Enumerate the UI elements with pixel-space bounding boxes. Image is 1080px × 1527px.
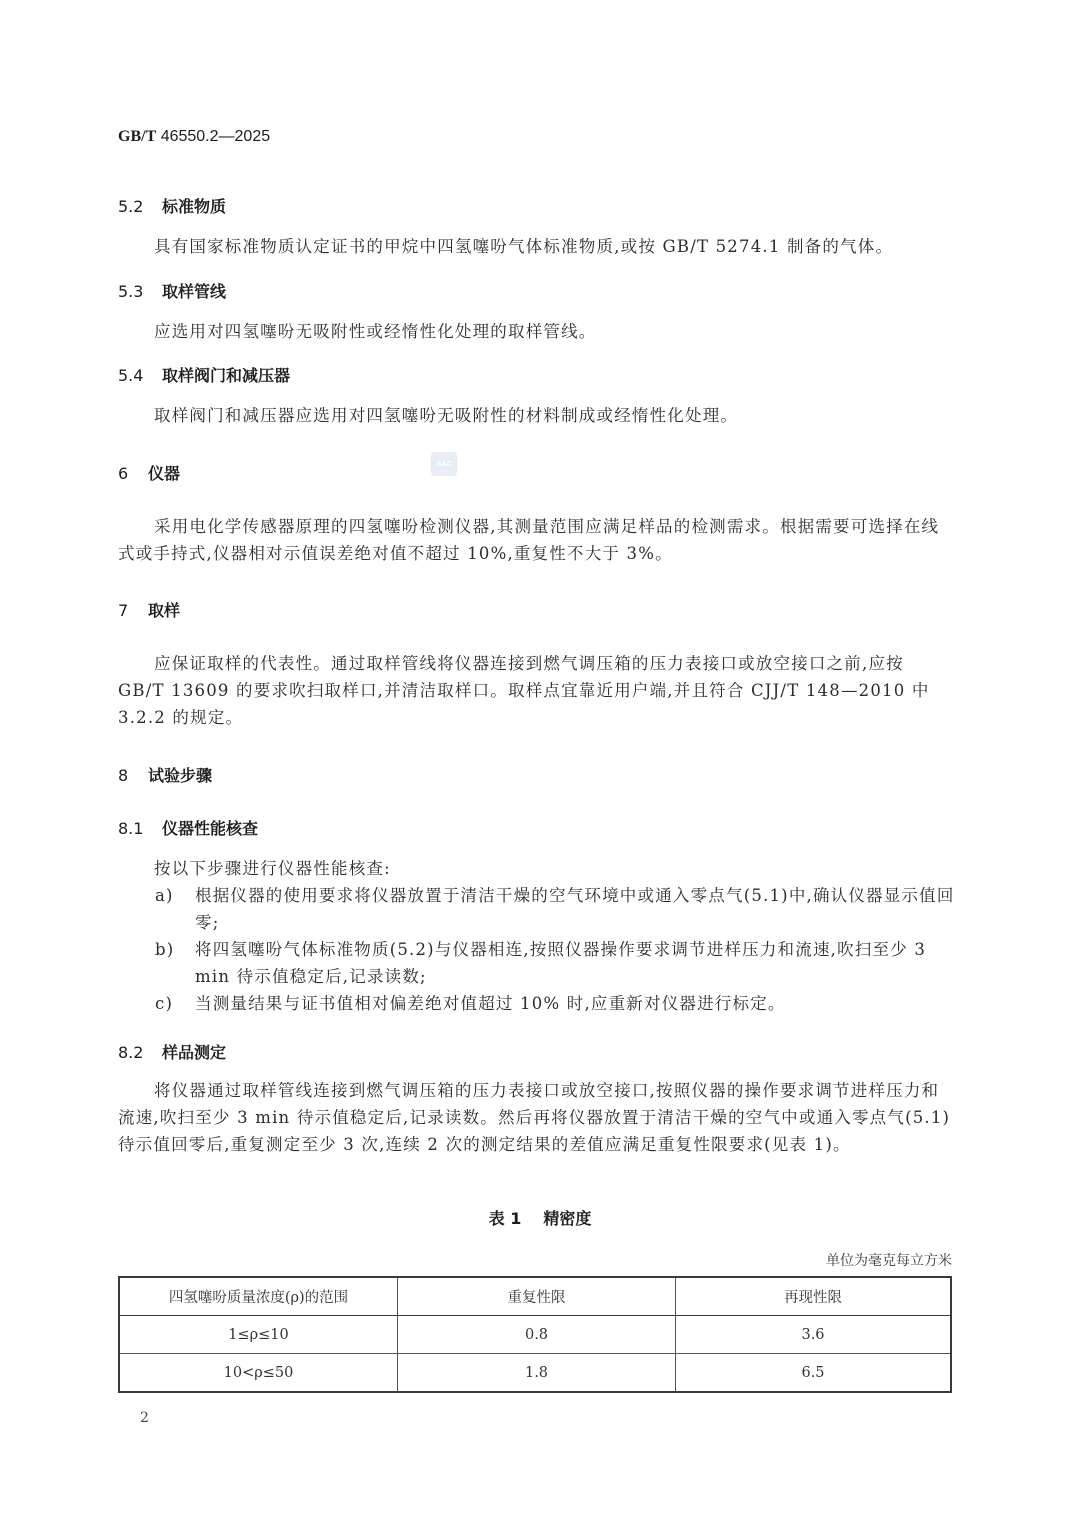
- paragraph-5-4: 取样阀门和减压器应选用对四氢噻吩无吸附性的材料制成或经惰性化处理。: [118, 402, 954, 429]
- column-header: 四氢噻吩质量浓度(ρ)的范围: [119, 1277, 398, 1316]
- table-cell: 10<ρ≤50: [119, 1354, 398, 1393]
- paragraph-8-1-intro: 按以下步骤进行仪器性能核查:: [118, 855, 954, 882]
- table-row: 10<ρ≤50 1.8 6.5: [119, 1354, 951, 1393]
- table-cell: 0.8: [398, 1316, 676, 1354]
- table-row: 1≤ρ≤10 0.8 3.6: [119, 1316, 951, 1354]
- list-item: c) 当测量结果与证书值相对偏差绝对值超过 10% 时,应重新对仪器进行标定。: [155, 990, 955, 1017]
- heading-8-1: 8.1仪器性能核查: [118, 816, 258, 839]
- heading-8-2: 8.2样品测定: [118, 1040, 226, 1063]
- heading-5-3: 5.3取样管线: [118, 279, 226, 302]
- column-header: 再现性限: [676, 1277, 952, 1316]
- paragraph-8-2: 将仪器通过取样管线连接到燃气调压箱的压力表接口或放空接口,按照仪器的操作要求调节…: [118, 1077, 954, 1158]
- heading-8: 8试验步骤: [118, 763, 212, 786]
- heading-5-4: 5.4取样阀门和减压器: [118, 363, 290, 386]
- table-header-row: 四氢噻吩质量浓度(ρ)的范围 重复性限 再现性限: [119, 1277, 951, 1316]
- heading-5-2: 5.2标准物质: [118, 194, 226, 217]
- table-unit-note: 单位为毫克每立方米: [826, 1250, 952, 1270]
- standard-prefix: GB/T: [118, 128, 156, 145]
- standard-number: GB/T 46550.2—2025: [118, 128, 270, 146]
- list-item: b) 将四氢噻吩气体标准物质(5.2)与仪器相连,按照仪器操作要求调节进样压力和…: [155, 936, 955, 990]
- table-cell: 1≤ρ≤10: [119, 1316, 398, 1354]
- page-number: 2: [140, 1410, 149, 1426]
- paragraph-5-2: 具有国家标准物质认定证书的甲烷中四氢噻吩气体标准物质,或按 GB/T 5274.…: [118, 233, 954, 260]
- table-cell: 1.8: [398, 1354, 676, 1393]
- paragraph-6: 采用电化学传感器原理的四氢噻吩检测仪器,其测量范围应满足样品的检测需求。根据需要…: [118, 513, 954, 567]
- table-cell: 6.5: [676, 1354, 952, 1393]
- list-item: a) 根据仪器的使用要求将仪器放置于清洁干燥的空气环境中或通入零点气(5.1)中…: [155, 882, 955, 936]
- table-caption: 表 1精密度: [0, 1206, 1080, 1229]
- heading-7: 7取样: [118, 598, 180, 621]
- table-cell: 3.6: [676, 1316, 952, 1354]
- heading-6: 6仪器: [118, 461, 180, 484]
- sac-logo-icon: SAC: [431, 452, 457, 476]
- standard-code: 46550.2—2025: [161, 128, 270, 145]
- column-header: 重复性限: [398, 1277, 676, 1316]
- paragraph-7: 应保证取样的代表性。通过取样管线将仪器连接到燃气调压箱的压力表接口或放空接口之前…: [118, 650, 954, 731]
- paragraph-5-3: 应选用对四氢噻吩无吸附性或经惰性化处理的取样管线。: [118, 318, 954, 345]
- precision-table: 四氢噻吩质量浓度(ρ)的范围 重复性限 再现性限 1≤ρ≤10 0.8 3.6 …: [118, 1276, 952, 1393]
